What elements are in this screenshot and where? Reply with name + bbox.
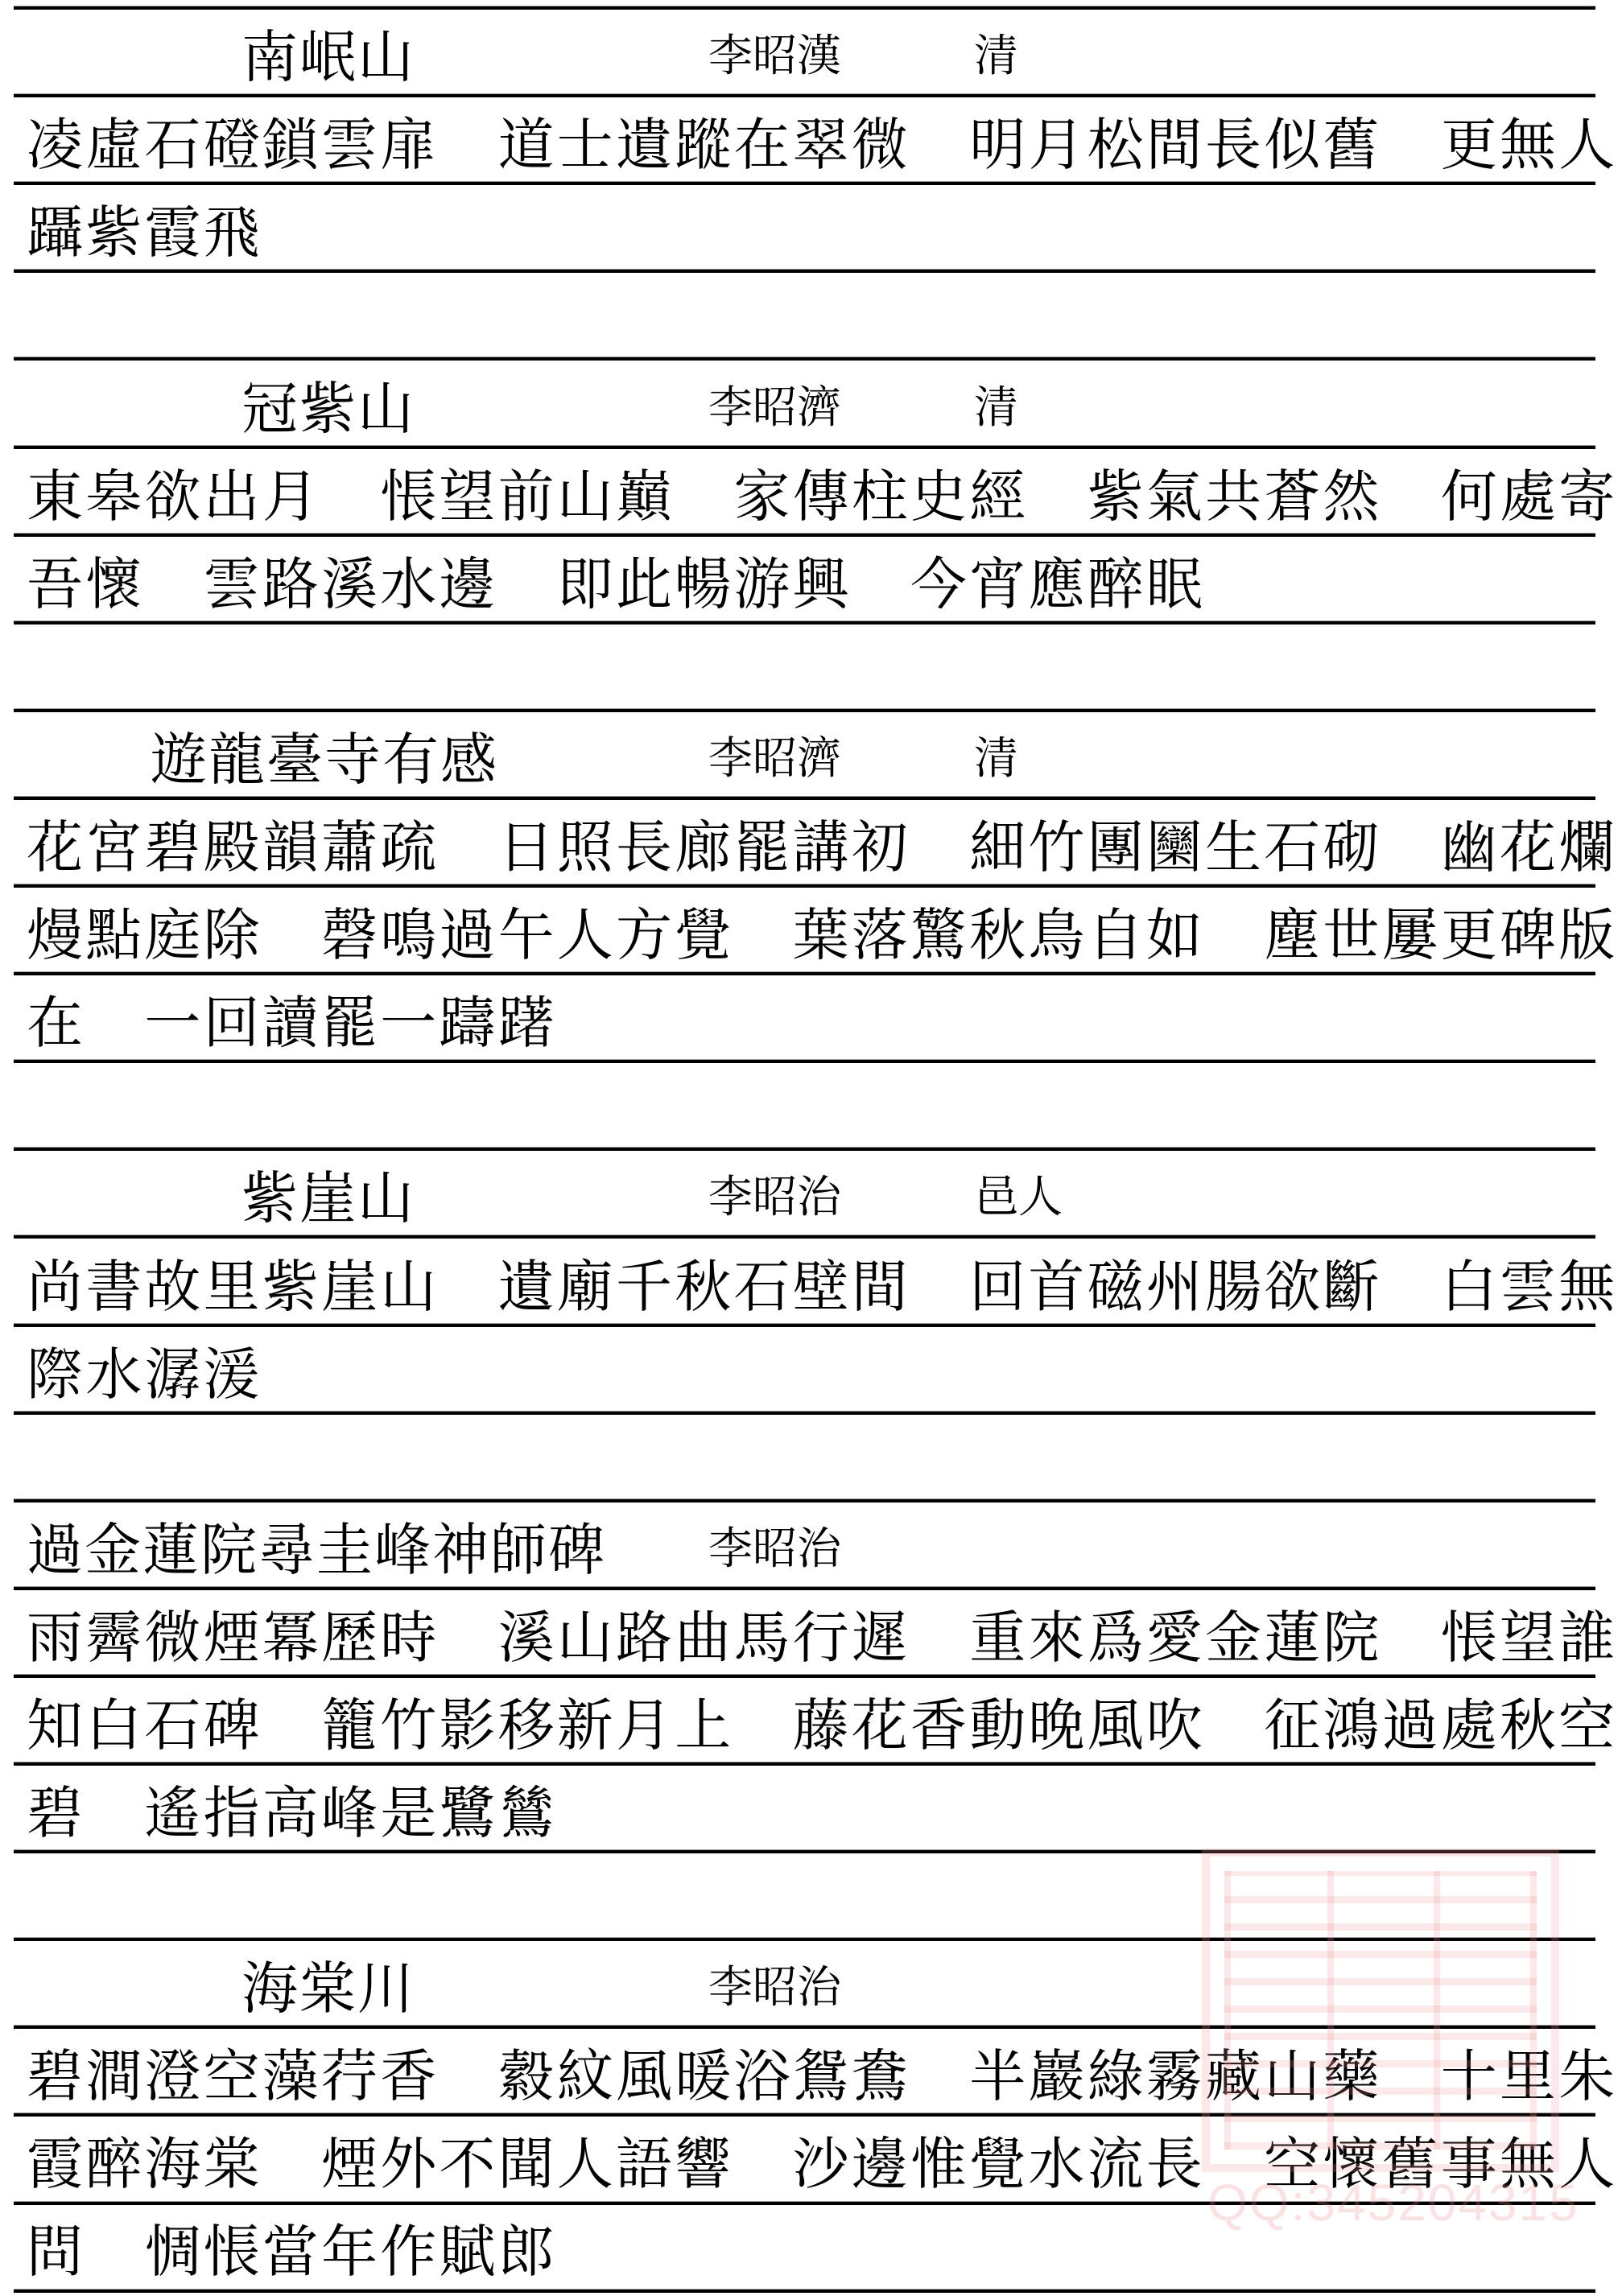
poem-text-line: 際水潺湲: [27, 1342, 262, 1407]
poem-1-line-1: 凌虛石磴鎖雲扉 道士遺蹤在翠微 明月松間長似舊 更無人: [0, 98, 1622, 183]
horizontal-rule: [14, 1499, 1595, 1502]
poem-5-line-3: 碧 遙指高峰是鷺鷥: [0, 1766, 1622, 1851]
horizontal-rule: [14, 1938, 1595, 1941]
poem-text-line: 躡紫霞飛: [27, 200, 262, 265]
poem-text-line: 東皋欲出月 悵望前山巔 家傳柱史經 紫氣共蒼然 何處寄: [27, 464, 1617, 529]
poem-text-line: 知白石碑 籠竹影移新月上 藤花香動晚風吹 征鴻過處秋空: [27, 1693, 1617, 1758]
poem-4-line-1: 尚書故里紫崖山 遺廟千秋石壁間 回首磁州腸欲斷 白雲無: [0, 1240, 1622, 1325]
poem-dynasty: 清: [974, 381, 1018, 433]
poetry-document-page: 南岷山 李昭漢 清 凌虛石磴鎖雲扉 道士遺蹤在翠微 明月松間長似舊 更無人 躡紫…: [0, 0, 1622, 2296]
poem-4-header: 紫崖山 李昭治 邑人: [0, 1152, 1622, 1236]
poem-2-header: 冠紫山 李昭濟 清: [0, 362, 1622, 447]
poem-1-header: 南岷山 李昭漢 清: [0, 10, 1622, 95]
poem-3-line-3: 在 一回讀罷一躊躇: [0, 976, 1622, 1061]
poem-title: 南岷山: [241, 25, 415, 89]
poem-title: 紫崖山: [241, 1166, 415, 1230]
watermark-text: QQ:345204315: [1207, 2173, 1579, 2232]
poem-text-line: 花宮碧殿韻蕭疏 日照長廊罷講初 細竹團圞生石砌 幽花爛: [27, 815, 1617, 880]
poem-text-line: 在 一回讀罷一躊躇: [27, 991, 557, 1055]
poem-dynasty: 邑人: [974, 1171, 1063, 1222]
horizontal-rule: [14, 6, 1595, 10]
horizontal-rule: [14, 1148, 1595, 1151]
poem-author: 李昭治: [708, 1961, 841, 2013]
poem-author: 李昭濟: [708, 732, 841, 784]
poem-text-line: 碧 遙指高峰是鷺鷥: [27, 1781, 557, 1845]
poem-author: 李昭治: [708, 1523, 841, 1574]
poem-5-header: 過金蓮院尋圭峰神師碑 李昭治: [0, 1503, 1622, 1588]
poem-text-line: 雨霽微煙冪歷時 溪山路曲馬行遲 重來爲愛金蓮院 悵望誰: [27, 1606, 1617, 1670]
poem-title: 冠紫山: [241, 377, 415, 441]
poem-5-line-2: 知白石碑 籠竹影移新月上 藤花香動晚風吹 征鴻過處秋空: [0, 1679, 1622, 1763]
poem-4-line-2: 際水潺湲: [0, 1328, 1622, 1412]
poem-dynasty: 清: [974, 30, 1018, 81]
poem-3-header: 遊龍臺寺有感 李昭濟 清: [0, 713, 1622, 798]
poem-title: 海棠川: [241, 1956, 415, 2021]
poem-title: 過金蓮院尋圭峰神師碑: [27, 1518, 606, 1582]
horizontal-rule: [14, 709, 1595, 712]
poem-5-line-1: 雨霽微煙冪歷時 溪山路曲馬行遲 重來爲愛金蓮院 悵望誰: [0, 1591, 1622, 1676]
horizontal-rule: [14, 2290, 1595, 2293]
poem-2-line-2: 吾懷 雲路溪水邊 即此暢游興 今宵應醉眠: [0, 538, 1622, 622]
poem-text-line: 尚書故里紫崖山 遺廟千秋石壁間 回首磁州腸欲斷 白雲無: [27, 1255, 1617, 1319]
poem-6-line-1: 碧澗澄空藻荇香 縠紋風暖浴鴛鴦 半巖綠霧藏山藥 十里朱: [0, 2030, 1622, 2114]
horizontal-rule: [14, 357, 1595, 361]
poem-text-line: 熳點庭除 磬鳴過午人方覺 葉落驚秋鳥自如 塵世屢更碑版: [27, 903, 1617, 967]
poem-3-line-1: 花宮碧殿韻蕭疏 日照長廊罷講初 細竹團圞生石砌 幽花爛: [0, 801, 1622, 885]
poem-author: 李昭治: [708, 1171, 841, 1222]
poem-text-line: 凌虛石磴鎖雲扉 道士遺蹤在翠微 明月松間長似舊 更無人: [27, 113, 1617, 177]
poem-1-line-2: 躡紫霞飛: [0, 186, 1622, 270]
poem-dynasty: 清: [974, 732, 1018, 784]
poem-text-line: 碧澗澄空藻荇香 縠紋風暖浴鴛鴦 半巖綠霧藏山藥 十里朱: [27, 2044, 1617, 2108]
poem-title: 遊龍臺寺有感: [151, 728, 498, 792]
poem-2-line-1: 東皋欲出月 悵望前山巔 家傳柱史經 紫氣共蒼然 何處寄: [0, 450, 1622, 534]
poem-3-line-2: 熳點庭除 磬鳴過午人方覺 葉落驚秋鳥自如 塵世屢更碑版: [0, 888, 1622, 973]
poem-text-line: 問 惆悵當年作賦郎: [27, 2220, 557, 2284]
poem-author: 李昭漢: [708, 30, 841, 81]
poem-text-line: 吾懷 雲路溪水邊 即此暢游興 今宵應醉眠: [27, 552, 1205, 616]
poem-author: 李昭濟: [708, 381, 841, 433]
poem-6-header: 海棠川 李昭治: [0, 1942, 1622, 2026]
